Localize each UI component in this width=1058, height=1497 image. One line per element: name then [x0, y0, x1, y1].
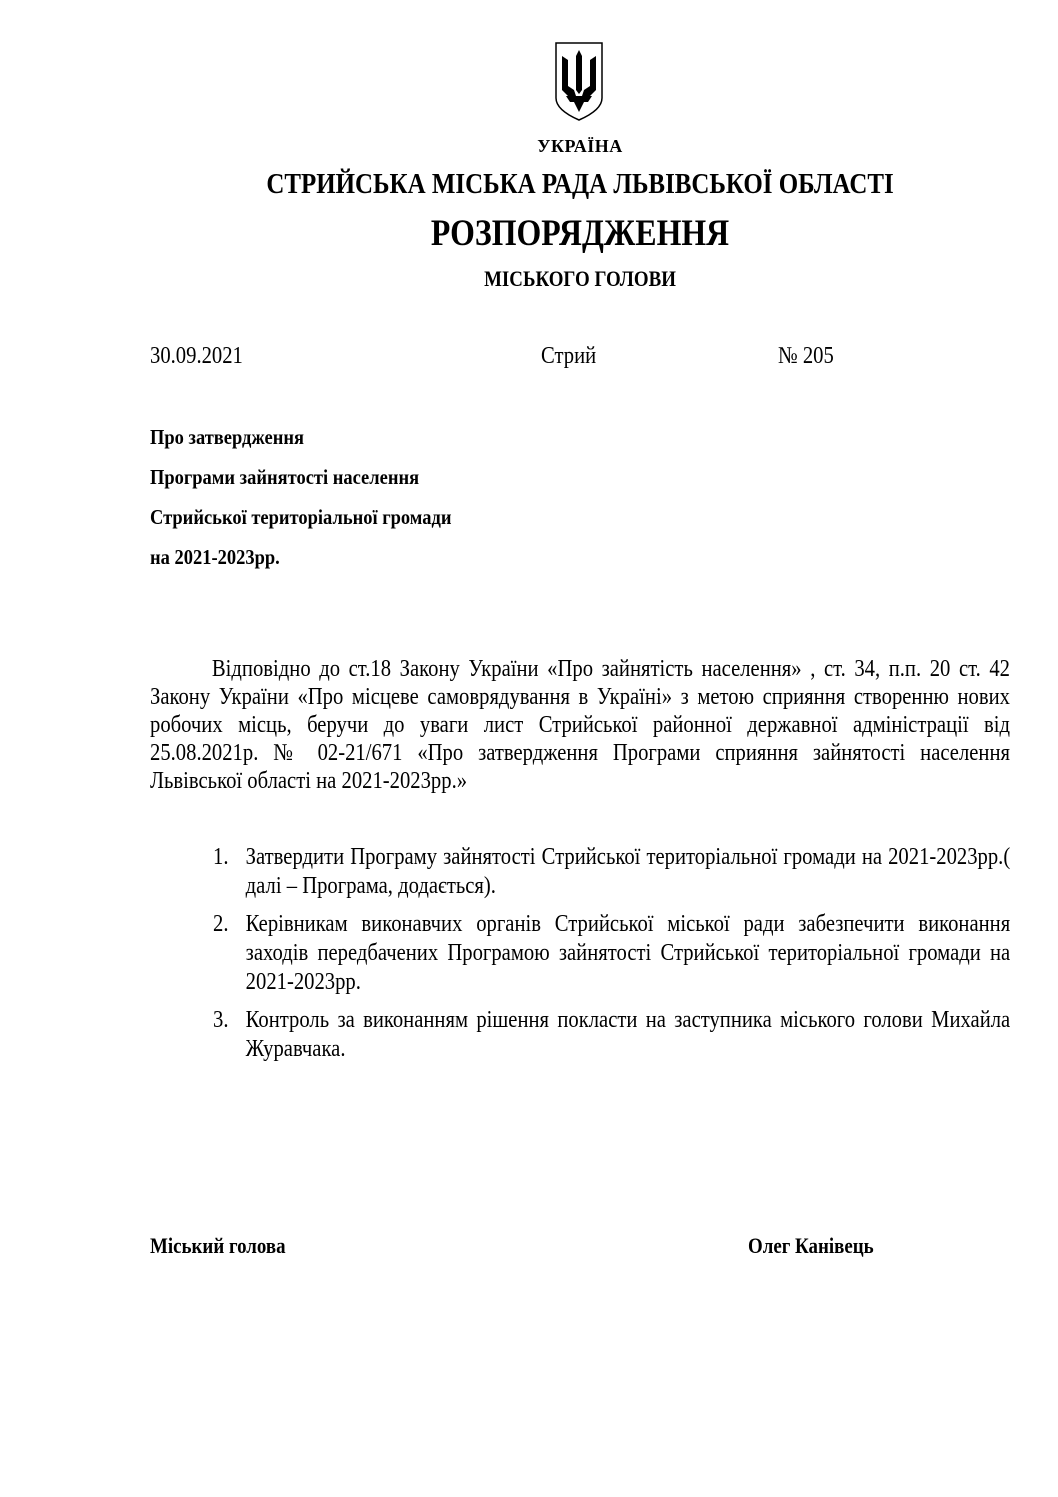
- item-number: 3.: [213, 1006, 228, 1035]
- subject-line: Про затвердження: [150, 425, 304, 450]
- signatory-name: Олег Канівець: [748, 1233, 874, 1259]
- preamble-text: Відповідно до ст.18 Закону України «Про …: [150, 655, 1010, 795]
- council-heading: СТРИЙСЬКА МІСЬКА РАДА ЛЬВІВСЬКОЇ ОБЛАСТІ: [81, 168, 1058, 201]
- document-number: № 205: [778, 343, 834, 370]
- subject-line: Програми зайнятості населення: [150, 465, 419, 490]
- preamble-paragraph: Відповідно до ст.18 Закону України «Про …: [150, 655, 1010, 795]
- document-date: 30.09.2021: [150, 343, 243, 370]
- order-item-2: 2. Керівникам виконавчих органів Стрийсь…: [213, 910, 1010, 997]
- item-text: Затвердити Програму зайнятості Стрийсько…: [246, 843, 1011, 901]
- document-city: Стрий: [541, 343, 596, 370]
- item-number: 2.: [213, 910, 228, 939]
- subject-line: Стрийської територіальної громади: [150, 505, 451, 530]
- order-item-1: 1. Затвердити Програму зайнятості Стрийс…: [213, 843, 1010, 901]
- item-number: 1.: [213, 843, 228, 872]
- country-heading: УКРАЇНА: [0, 136, 1058, 157]
- coat-of-arms-trident-icon: [554, 40, 604, 122]
- item-text: Контроль за виконанням рішення покласти …: [246, 1006, 1011, 1064]
- subject-line: на 2021-2023рр.: [150, 545, 280, 570]
- issuer-subtitle: МІСЬКОГО ГОЛОВИ: [81, 266, 1058, 292]
- order-item-3: 3. Контроль за виконанням рішення поклас…: [213, 1006, 1010, 1064]
- signatory-position: Міський голова: [150, 1233, 286, 1259]
- item-text: Керівникам виконавчих органів Стрийської…: [246, 910, 1011, 997]
- document-type-title: РОЗПОРЯДЖЕННЯ: [81, 212, 1058, 255]
